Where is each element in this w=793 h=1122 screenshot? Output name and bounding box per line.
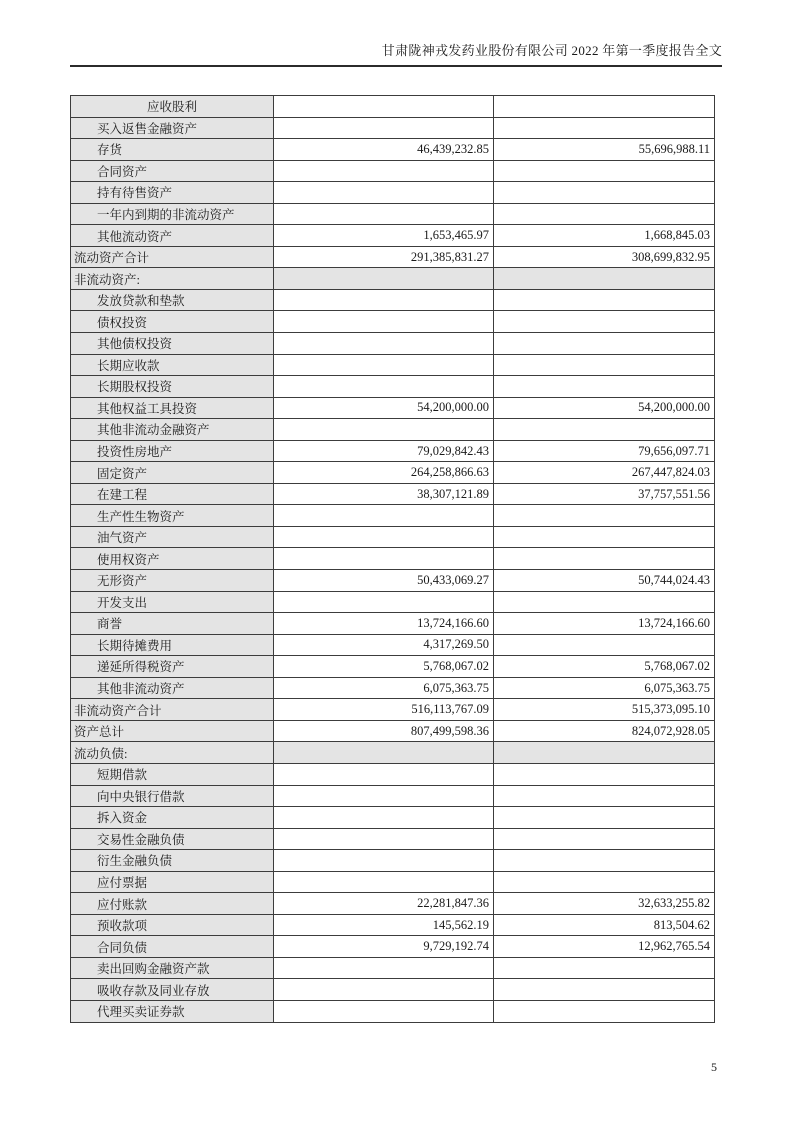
- row-value-ending: [274, 526, 494, 548]
- table-row: 其他非流动资产6,075,363.756,075,363.75: [71, 677, 715, 699]
- table-row: 衍生金融负债: [71, 850, 715, 872]
- row-value-ending: [274, 333, 494, 355]
- row-label: 发放贷款和垫款: [71, 289, 274, 311]
- row-label: 无形资产: [71, 570, 274, 592]
- row-value-ending: [274, 828, 494, 850]
- row-value-beginning: [494, 203, 715, 225]
- row-value-ending: [274, 311, 494, 333]
- table-row: 油气资产: [71, 526, 715, 548]
- row-label: 其他流动资产: [71, 225, 274, 247]
- row-value-ending: [274, 203, 494, 225]
- row-label: 流动负债:: [71, 742, 274, 764]
- row-value-ending: 291,385,831.27: [274, 246, 494, 268]
- table-row: 生产性生物资产: [71, 505, 715, 527]
- row-label: 拆入资金: [71, 807, 274, 829]
- table-row: 发放贷款和垫款: [71, 289, 715, 311]
- row-value-beginning: [494, 354, 715, 376]
- table-row: 开发支出: [71, 591, 715, 613]
- row-label: 生产性生物资产: [71, 505, 274, 527]
- row-label: 长期应收款: [71, 354, 274, 376]
- row-label: 其他权益工具投资: [71, 397, 274, 419]
- row-value-ending: [274, 871, 494, 893]
- row-value-ending: [274, 979, 494, 1001]
- row-value-ending: 145,562.19: [274, 914, 494, 936]
- row-value-beginning: [494, 591, 715, 613]
- table-row: 商誉13,724,166.6013,724,166.60: [71, 613, 715, 635]
- table-row: 交易性金融负债: [71, 828, 715, 850]
- table-row: 应收股利: [71, 96, 715, 118]
- row-label: 向中央银行借款: [71, 785, 274, 807]
- table-row: 递延所得税资产5,768,067.025,768,067.02: [71, 656, 715, 678]
- row-value-beginning: [494, 871, 715, 893]
- row-label: 非流动资产合计: [71, 699, 274, 721]
- row-label: 其他非流动金融资产: [71, 419, 274, 441]
- row-value-beginning: [494, 526, 715, 548]
- row-value-ending: 22,281,847.36: [274, 893, 494, 915]
- row-value-beginning: [494, 850, 715, 872]
- row-label: 流动资产合计: [71, 246, 274, 268]
- row-label: 非流动资产:: [71, 268, 274, 290]
- report-header-title: 甘肃陇神戎发药业股份有限公司 2022 年第一季度报告全文: [70, 40, 722, 67]
- table-row: 在建工程38,307,121.8937,757,551.56: [71, 483, 715, 505]
- row-label: 使用权资产: [71, 548, 274, 570]
- row-value-ending: 9,729,192.74: [274, 936, 494, 958]
- row-value-ending: [274, 160, 494, 182]
- row-value-beginning: [494, 96, 715, 118]
- row-label: 代理买卖证券款: [71, 1000, 274, 1022]
- row-value-beginning: 267,447,824.03: [494, 462, 715, 484]
- table-row: 短期借款: [71, 763, 715, 785]
- row-value-beginning: [494, 117, 715, 139]
- table-row: 向中央银行借款: [71, 785, 715, 807]
- table-row: 吸收存款及同业存放: [71, 979, 715, 1001]
- row-value-ending: 264,258,866.63: [274, 462, 494, 484]
- table-row: 代理买卖证券款: [71, 1000, 715, 1022]
- row-value-ending: 50,433,069.27: [274, 570, 494, 592]
- table-row: 投资性房地产79,029,842.4379,656,097.71: [71, 440, 715, 462]
- row-value-ending: [274, 548, 494, 570]
- row-label: 油气资产: [71, 526, 274, 548]
- row-value-ending: [274, 182, 494, 204]
- row-label: 合同资产: [71, 160, 274, 182]
- row-value-ending: [274, 268, 494, 290]
- balance-sheet-body: 应收股利买入返售金融资产存货46,439,232.8555,696,988.11…: [71, 96, 715, 1023]
- table-row: 买入返售金融资产: [71, 117, 715, 139]
- row-value-ending: [274, 850, 494, 872]
- table-row: 长期待摊费用4,317,269.50: [71, 634, 715, 656]
- row-label: 短期借款: [71, 763, 274, 785]
- table-row: 非流动资产合计516,113,767.09515,373,095.10: [71, 699, 715, 721]
- row-value-beginning: 6,075,363.75: [494, 677, 715, 699]
- row-value-beginning: [494, 828, 715, 850]
- row-value-beginning: 824,072,928.05: [494, 720, 715, 742]
- row-value-beginning: [494, 634, 715, 656]
- table-row: 非流动资产:: [71, 268, 715, 290]
- row-value-beginning: 37,757,551.56: [494, 483, 715, 505]
- row-label: 应付账款: [71, 893, 274, 915]
- row-value-ending: [274, 419, 494, 441]
- row-value-ending: 6,075,363.75: [274, 677, 494, 699]
- row-label: 长期待摊费用: [71, 634, 274, 656]
- row-value-beginning: [494, 333, 715, 355]
- row-value-beginning: 79,656,097.71: [494, 440, 715, 462]
- row-label: 长期股权投资: [71, 376, 274, 398]
- table-row: 其他债权投资: [71, 333, 715, 355]
- row-label: 固定资产: [71, 462, 274, 484]
- table-row: 固定资产264,258,866.63267,447,824.03: [71, 462, 715, 484]
- row-value-ending: 79,029,842.43: [274, 440, 494, 462]
- row-value-beginning: 32,633,255.82: [494, 893, 715, 915]
- row-value-beginning: [494, 182, 715, 204]
- table-row: 持有待售资产: [71, 182, 715, 204]
- row-label: 存货: [71, 139, 274, 161]
- row-value-beginning: [494, 268, 715, 290]
- table-row: 合同资产: [71, 160, 715, 182]
- row-label: 商誉: [71, 613, 274, 635]
- table-row: 拆入资金: [71, 807, 715, 829]
- row-value-beginning: 308,699,832.95: [494, 246, 715, 268]
- table-row: 长期应收款: [71, 354, 715, 376]
- row-label: 预收款项: [71, 914, 274, 936]
- row-value-ending: [274, 96, 494, 118]
- row-value-beginning: [494, 376, 715, 398]
- row-value-ending: [274, 505, 494, 527]
- row-value-beginning: [494, 548, 715, 570]
- row-label: 应付票据: [71, 871, 274, 893]
- row-value-ending: 516,113,767.09: [274, 699, 494, 721]
- row-value-beginning: [494, 311, 715, 333]
- row-value-beginning: [494, 979, 715, 1001]
- table-row: 债权投资: [71, 311, 715, 333]
- row-label: 资产总计: [71, 720, 274, 742]
- row-label: 应收股利: [71, 96, 274, 118]
- row-value-ending: [274, 957, 494, 979]
- row-value-beginning: [494, 785, 715, 807]
- row-value-ending: 807,499,598.36: [274, 720, 494, 742]
- row-label: 衍生金融负债: [71, 850, 274, 872]
- row-label: 债权投资: [71, 311, 274, 333]
- row-value-ending: [274, 763, 494, 785]
- row-label: 一年内到期的非流动资产: [71, 203, 274, 225]
- table-row: 资产总计807,499,598.36824,072,928.05: [71, 720, 715, 742]
- row-label: 其他债权投资: [71, 333, 274, 355]
- row-value-beginning: [494, 763, 715, 785]
- row-value-ending: [274, 117, 494, 139]
- row-label: 在建工程: [71, 483, 274, 505]
- row-value-ending: [274, 1000, 494, 1022]
- row-value-beginning: [494, 419, 715, 441]
- row-value-beginning: 1,668,845.03: [494, 225, 715, 247]
- row-label: 交易性金融负债: [71, 828, 274, 850]
- row-value-ending: 4,317,269.50: [274, 634, 494, 656]
- row-label: 投资性房地产: [71, 440, 274, 462]
- row-value-beginning: [494, 957, 715, 979]
- row-value-beginning: 55,696,988.11: [494, 139, 715, 161]
- table-row: 流动负债:: [71, 742, 715, 764]
- row-value-ending: 46,439,232.85: [274, 139, 494, 161]
- row-value-beginning: 12,962,765.54: [494, 936, 715, 958]
- row-value-ending: [274, 354, 494, 376]
- table-row: 预收款项145,562.19813,504.62: [71, 914, 715, 936]
- row-value-beginning: [494, 1000, 715, 1022]
- table-row: 卖出回购金融资产款: [71, 957, 715, 979]
- row-value-beginning: [494, 742, 715, 764]
- row-value-ending: [274, 785, 494, 807]
- row-value-beginning: 515,373,095.10: [494, 699, 715, 721]
- row-value-ending: [274, 742, 494, 764]
- table-row: 存货46,439,232.8555,696,988.11: [71, 139, 715, 161]
- row-label: 买入返售金融资产: [71, 117, 274, 139]
- table-row: 其他非流动金融资产: [71, 419, 715, 441]
- row-value-ending: 38,307,121.89: [274, 483, 494, 505]
- row-label: 卖出回购金融资产款: [71, 957, 274, 979]
- row-value-ending: [274, 807, 494, 829]
- row-value-beginning: 50,744,024.43: [494, 570, 715, 592]
- row-value-beginning: [494, 807, 715, 829]
- table-row: 一年内到期的非流动资产: [71, 203, 715, 225]
- row-value-ending: 5,768,067.02: [274, 656, 494, 678]
- row-value-ending: 1,653,465.97: [274, 225, 494, 247]
- row-value-beginning: 5,768,067.02: [494, 656, 715, 678]
- table-row: 应付账款22,281,847.3632,633,255.82: [71, 893, 715, 915]
- table-row: 使用权资产: [71, 548, 715, 570]
- row-label: 开发支出: [71, 591, 274, 613]
- table-row: 长期股权投资: [71, 376, 715, 398]
- table-row: 无形资产50,433,069.2750,744,024.43: [71, 570, 715, 592]
- table-row: 流动资产合计291,385,831.27308,699,832.95: [71, 246, 715, 268]
- row-value-beginning: [494, 505, 715, 527]
- table-row: 其他流动资产1,653,465.971,668,845.03: [71, 225, 715, 247]
- row-label: 其他非流动资产: [71, 677, 274, 699]
- row-value-beginning: [494, 160, 715, 182]
- row-label: 持有待售资产: [71, 182, 274, 204]
- balance-sheet-table: 应收股利买入返售金融资产存货46,439,232.8555,696,988.11…: [70, 95, 715, 1023]
- row-value-ending: [274, 591, 494, 613]
- table-row: 应付票据: [71, 871, 715, 893]
- row-value-ending: [274, 289, 494, 311]
- row-label: 吸收存款及同业存放: [71, 979, 274, 1001]
- row-value-ending: 54,200,000.00: [274, 397, 494, 419]
- row-value-ending: [274, 376, 494, 398]
- row-value-beginning: 13,724,166.60: [494, 613, 715, 635]
- report-page: { "header": { "title": "甘肃陇神戎发药业股份有限公司 2…: [0, 0, 793, 1122]
- row-label: 递延所得税资产: [71, 656, 274, 678]
- row-label: 合同负债: [71, 936, 274, 958]
- row-value-ending: 13,724,166.60: [274, 613, 494, 635]
- row-value-beginning: 813,504.62: [494, 914, 715, 936]
- page-number: 5: [711, 1060, 717, 1075]
- row-value-beginning: 54,200,000.00: [494, 397, 715, 419]
- row-value-beginning: [494, 289, 715, 311]
- table-row: 合同负债9,729,192.7412,962,765.54: [71, 936, 715, 958]
- table-row: 其他权益工具投资54,200,000.0054,200,000.00: [71, 397, 715, 419]
